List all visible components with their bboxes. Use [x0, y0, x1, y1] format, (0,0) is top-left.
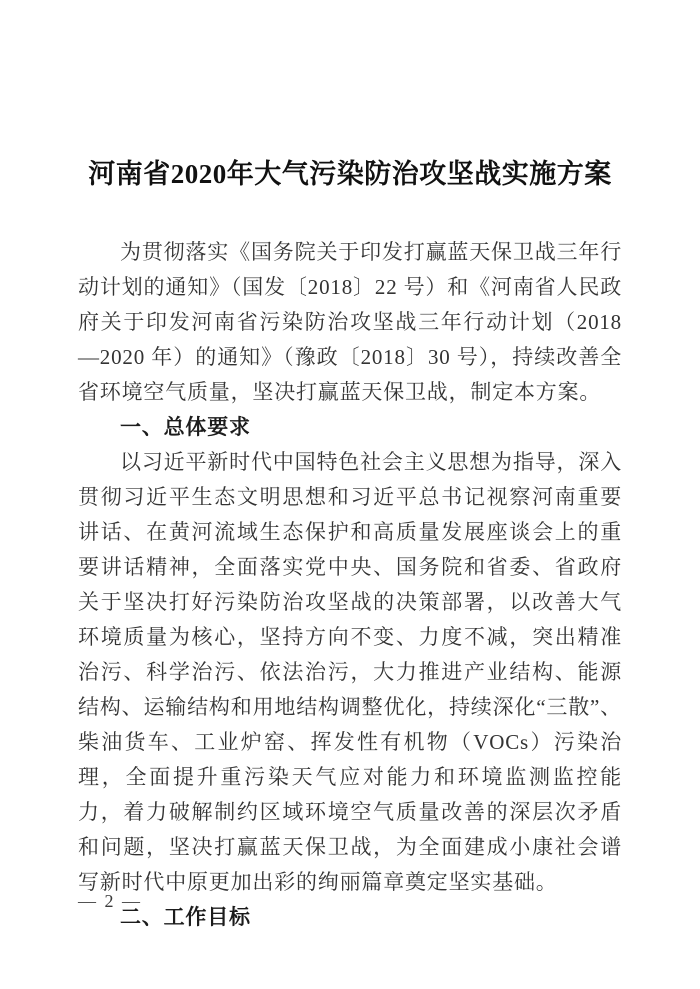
section-heading-1: 一、总体要求 [78, 410, 622, 445]
document-page: 河南省2020年大气污染防治攻坚战实施方案 为贯彻落实《国务院关于印发打赢蓝天保… [0, 0, 700, 989]
page-number: — 2 — [78, 891, 142, 912]
document-content: 河南省2020年大气污染防治攻坚战实施方案 为贯彻落实《国务院关于印发打赢蓝天保… [78, 0, 622, 935]
paragraph-intro: 为贯彻落实《国务院关于印发打赢蓝天保卫战三年行动计划的通知》（国发〔2018〕2… [78, 235, 622, 410]
section-heading-2: 二、工作目标 [78, 900, 622, 935]
paragraph-section-1: 以习近平新时代中国特色社会主义思想为指导，深入贯彻习近平生态文明思想和习近平总书… [78, 445, 622, 900]
document-title: 河南省2020年大气污染防治攻坚战实施方案 [78, 0, 622, 193]
